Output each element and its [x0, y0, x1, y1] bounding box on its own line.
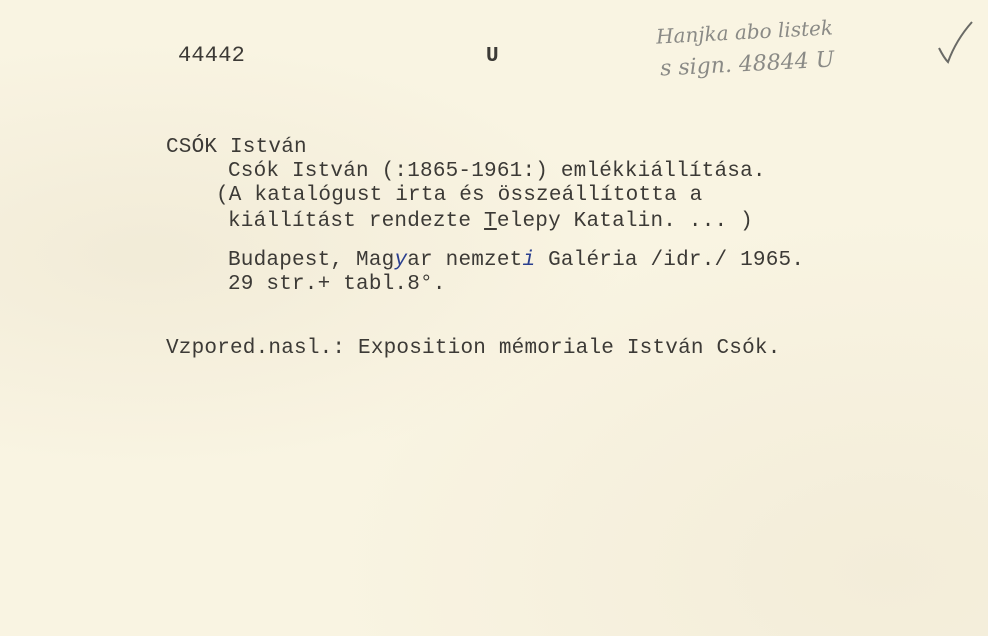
handwritten-note-line1: Hanjka abo listek	[655, 15, 833, 48]
ink-correction-y: y	[394, 249, 407, 272]
main-heading: CSÓK István	[166, 136, 307, 159]
parallel-title: Vzpored.nasl.: Exposition mémoriale Istv…	[166, 337, 781, 360]
imprint-mid: ar nemzet	[407, 249, 522, 272]
collection-mark: U	[486, 45, 499, 68]
catalog-card: 44442 U Hanjka abo listek s sign. 48844 …	[0, 0, 988, 636]
handwritten-note-line2: s sign. 48844 U	[659, 47, 834, 81]
title-line-3-pre: kiállítást rendezte	[228, 210, 484, 233]
collation-line: 29 str.+ tabl.8°.	[228, 273, 446, 296]
title-line-1: Csók István (:1865-1961:) emlékkiállítás…	[228, 160, 766, 183]
imprint-post: Galéria /idr./ 1965.	[535, 249, 804, 272]
ink-correction-i: i	[522, 249, 535, 272]
imprint-line: Budapest, Magyar nemzeti Galéria /idr./ …	[228, 249, 804, 272]
title-line-3-post: elepy Katalin. ... )	[497, 210, 753, 233]
checkmark-icon	[936, 18, 976, 68]
title-line-2: (A katalógust irta és összeállította a	[216, 184, 702, 207]
accession-number: 44442	[178, 43, 245, 68]
title-line-3: kiállítást rendezte Telepy Katalin. ... …	[228, 210, 753, 233]
underlined-letter: T	[484, 210, 497, 233]
imprint-pre: Budapest, Mag	[228, 249, 394, 272]
